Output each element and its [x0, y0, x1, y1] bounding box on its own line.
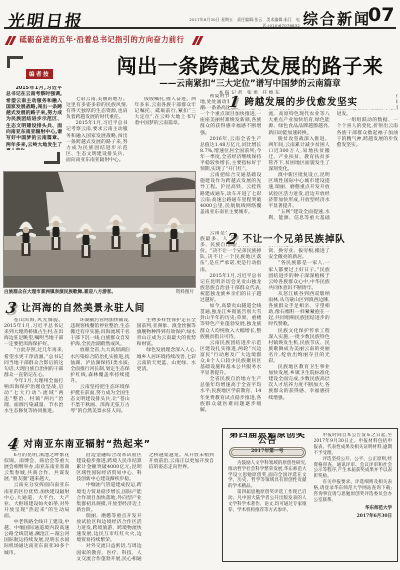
- page-number: 07: [368, 4, 394, 26]
- paragraph: 6月的昆明,滇池之畔繁花似锦。南博会、商洽会等重大展会相继举办,南亚东南亚客商云…: [4, 453, 69, 483]
- announcement-right-text: 申报时间自本公告发布之日起,至2017年9月30日止。申报材料包括申报表、代表性…: [314, 433, 393, 504]
- main-headline: 闯出一条跨越式发展的路子来: [104, 50, 396, 79]
- paragraph: 2015年1月,习近平总书记在云南考察时强调,希望云南主动服务和融入国家发展战略…: [6, 86, 62, 150]
- section-1-heading: 1 跨越发展的步伐愈发坚实: [229, 94, 396, 109]
- paragraph: 生物多样性保护走在全国前列,亚洲象、滇金丝猴等旗舰物种得到有效保护,绿水青山正成…: [137, 318, 196, 348]
- photo-caption: 白族群众在大理市喜洲镇表演民族歌舞,喜迎八方游客。: [4, 289, 116, 295]
- newspaper-page: 光明日报 2017年6月30日 星期五 责任编辑:张云 美术编辑:朱江 电话:(…: [0, 0, 400, 570]
- paragraph: 苍山洱海,风光旖旎。2015年1月,习近平总书记来到大理湾桥镇古生村,在洱海边驻…: [4, 318, 63, 348]
- section-4-text: 6月的昆明,滇池之畔繁花似锦。南博会、商洽会等重大展会相继举办,南亚东南亚客商云…: [4, 453, 214, 564]
- announcement-box: 第四届思勉原创奖公告 2017年第一号 为鼓励人文学科领域的原创性研究,推动哲学…: [222, 428, 398, 562]
- section-1-number: 1: [228, 95, 240, 109]
- paragraph: 沿边金融综合改革试验区建设稳步推进,跨境人民币结算累计金额突破4000亿元;昆明…: [76, 453, 141, 483]
- paragraph: 脱贫攻坚战深入推进。两年间,云南累计减少贫困人口近300万人,易地扶贫搬迁、产业…: [268, 137, 329, 174]
- section-title: 综合新闻: [303, 8, 371, 29]
- paragraph: “立此存照,过几年再来,希望水更干净清澈。”总书记同当地干部群众合影后的这句话,…: [4, 348, 63, 378]
- section-2-title: 不让一个兄弟民族掉队: [242, 231, 345, 246]
- section-3-number: 3: [5, 301, 17, 315]
- announcement-date: 2017年6月30日: [314, 514, 393, 520]
- paragraph: 云南把综合交通基础设施建设作为跨越式发展的先导工程。沪昆高铁、云桂铁路建成通车,…: [200, 173, 261, 216]
- paragraph: 今年1月,大理州全面打响洱海保护治理攻坚战,启动“七大行动”:流域“两违”整治、…: [4, 379, 63, 416]
- paragraph: 中老铁路全线开工建设,中越、中缅国际通道境内段高速公路全线贯通,澜沧江—湄公河国…: [4, 520, 69, 557]
- paragraph: 从怒江峡谷到西双版纳雨林,从乌蒙山区到滇西边陲,各族群众手足相亲、守望相助,像石…: [268, 292, 329, 329]
- slogan-banner: 砥砺奋进的五年·沿着总书记指引的方向奋力前行: [7, 35, 197, 45]
- section-1-title: 跨越发展的步伐愈发坚实: [244, 94, 357, 109]
- section-4-number: 4: [7, 437, 19, 451]
- paragraph: 放眼全省,九大高原湖泊水污染综合防治扎实推进,抚仙湖、泸沽湖保持Ⅰ类水质;全面推…: [70, 348, 129, 385]
- editor-note-bracket-open: [7, 56, 23, 68]
- subtitle: ——云南紧扣“三大定位”谱写中国梦的云南篇章: [104, 77, 396, 89]
- paragraph: 民族地区教育卫生事业加快发展,乡镇卫生院标准化建设全面完成,少数民族高层次人才培…: [268, 365, 329, 402]
- paragraph: 2015年1月,习近平总书记在昆明亲切会见贡山独龙族怒族自治县干部群众代表,祝愿…: [200, 274, 261, 304]
- section-2-number: 2: [226, 232, 238, 246]
- announcement-signer: 华东师范大学: [314, 506, 393, 512]
- paragraph: 申报时间自本公告发布之日起,至2017年9月30日止。申报材料包括申报表、代表性…: [314, 433, 393, 457]
- section-3-text: 苍山洱海,风光旖旎。2015年1月,习近平总书记来到大理湾桥镇古生村,在洱海边驻…: [4, 318, 196, 426]
- slash-decoration-left-icon: [5, 36, 12, 45]
- editor-note-bracket-close: [44, 152, 60, 164]
- announcement-right-column: 申报时间自本公告发布之日起,至2017年9月30日止。申报材料包括申报表、代表性…: [314, 433, 393, 557]
- photo-credit: 资料图片: [176, 289, 194, 295]
- paragraph: 云南充分发挥面向南亚东南亚的区位优势,加快建设辐射中心,大通道、大平台、大产业、…: [4, 483, 69, 520]
- paragraph: 有关申报要求、评选细则及相关表格,请登录华东师范大学网站查询下载;咨询事宜请与思…: [314, 480, 393, 504]
- paragraph: 为鼓励人文学科领域的原创性研究,推动哲学社会科学繁荣发展,华东师范大学设立思勉原…: [228, 461, 307, 491]
- ethnic-dance-photo: [4, 172, 195, 287]
- paragraph: 中缅油气管道建成投运,跨境电力贸易稳步增长,国际产能合作项目加快落地,外向型产业…: [76, 483, 141, 513]
- paragraph: 2016年,云南全省生产总值达1.48万亿元,同比增长8.7%,增速位居全国前列…: [200, 137, 261, 174]
- photo-caption-row: 白族群众在大理市喜洲镇表演民族歌舞,喜迎八方游客。 资料图片: [4, 289, 194, 295]
- paragraph: 殷殷嘱托,催人奋进。两年多来,云南各族干部群众牢记嘱托、砥砺前行,紧扣“三大定位…: [135, 97, 197, 127]
- section-3-heading: 3 让洱海的自然美景永驻人间: [6, 300, 145, 315]
- section-2-text: 云南是全国世居少数民族最多、人口较少民族最多、民族自治地方最多的省份。“决不让一…: [200, 231, 398, 424]
- paragraph: 民族文化保护传承工程深入实施,一批少数民族特色村镇焕发生机,民族节庆、民族歌舞成…: [268, 329, 329, 366]
- paragraph: 环湖截污管网加快铺设,违规客栈餐馆停业整治,生态搬迁有序实施;洱海流域千名干部下…: [70, 318, 129, 348]
- paragraph: 2015年1月,习近平总书记考察云南,要求云南主动服务和融入国家发展战略,闯出一…: [66, 121, 128, 164]
- lead-text: 七彩云南,美丽的地方。这里有多姿多彩的民族风情,有得天独厚的生态资源,也肩负着跨…: [66, 97, 196, 170]
- paragraph: 如今,高黎贡山隧道全线贯通,独龙江乡彻底告别大雪封山半年的历史;草果、重楼等特色…: [200, 304, 261, 341]
- announcement-title: 第四届思勉原创奖公告: [228, 433, 307, 445]
- paragraph: 一组组跃动的数据、一个个喜人的变化,折射出云南各族干部群众撸起袖子加油干的精气神…: [337, 118, 398, 148]
- paragraph: 云南民族团结进步示范区建设扎实推进,两轮“兴边富民”行动惠及广大边境群众,8个人…: [200, 341, 261, 378]
- paragraph: 七彩云南,美丽的地方。这里有多姿多彩的民族风情,有得天独厚的生态资源,也肩负着跨…: [66, 97, 128, 121]
- slash-decoration-right-icon: [192, 36, 199, 45]
- section-4-heading: 4 对南亚东南亚辐射“热起来”: [8, 436, 151, 451]
- editor-note-label: 编者按: [26, 69, 53, 79]
- slogan-text: 砥砺奋进的五年·沿着总书记指引的方向奋力前行: [20, 35, 185, 45]
- paragraph: 全省民族自治地方生产总值年均增速高于全省平均水平;民族地区学前教育、14年免费教…: [200, 377, 261, 414]
- paragraph: 瑞丽、磨憨等重点开发开放试验区和边境经济合作区活力迸发,跨境旅游、跨境物流快速发…: [76, 514, 141, 544]
- paragraph: 第四届思勉原创奖评选工作现已启动。凡中国大陆学者公开出版发表的人文学科学术著作、…: [228, 490, 307, 514]
- announcement-left-text: 为鼓励人文学科领域的原创性研究,推动哲学社会科学繁荣发展,华东师范大学设立思勉原…: [228, 461, 307, 514]
- masthead-rule: [4, 27, 396, 29]
- section-2-heading: 2 不让一个兄弟民族掉队: [227, 231, 377, 246]
- section-3-title: 让洱海的自然美景永驻人间: [21, 300, 145, 315]
- paragraph: “各民族都是一家人,一家人都要过上好日子。”民族团结进步的种子深深植根于云岭各族…: [268, 261, 329, 291]
- section-1-text: 初夏时节,行走在云岭大地,处处涌动着跨越发展的热潮:一条条高速公路穿山越岭,一个…: [200, 94, 398, 225]
- paragraph: 绿色发展理念深入人心,城乡人居环境持续改善,七彩云南的天更蓝、山更绿、水更清。: [137, 348, 196, 372]
- editor-note: 2015年1月,习近平总书记在云南考察时强调,希望云南主动服务和融入国家发展战略…: [6, 86, 62, 150]
- paragraph: 云南坚持把生态环境保护挺在前面,努力成为全国生态文明建设排头兵,让“苍山不墨千秋…: [70, 385, 129, 415]
- paragraph: 滇中新区批复设立,昆明区域性国际中心城市建设提速,瑞丽、磨憨重点开发开放试验区活…: [268, 173, 329, 210]
- paragraph: 评选坚持公开、公平、公正原则,经资格审查、通讯评审、会议评审和社会公示等程序,产…: [314, 457, 393, 481]
- announcement-left-column: 第四届思勉原创奖公告 2017年第一号 为鼓励人文学科领域的原创性研究,推动哲学…: [228, 433, 307, 557]
- photo: [3, 171, 196, 288]
- section-4-title: 对南亚东南亚辐射“热起来”: [23, 436, 150, 451]
- announcement-issue-ribbon: 2017年第一号: [229, 447, 306, 458]
